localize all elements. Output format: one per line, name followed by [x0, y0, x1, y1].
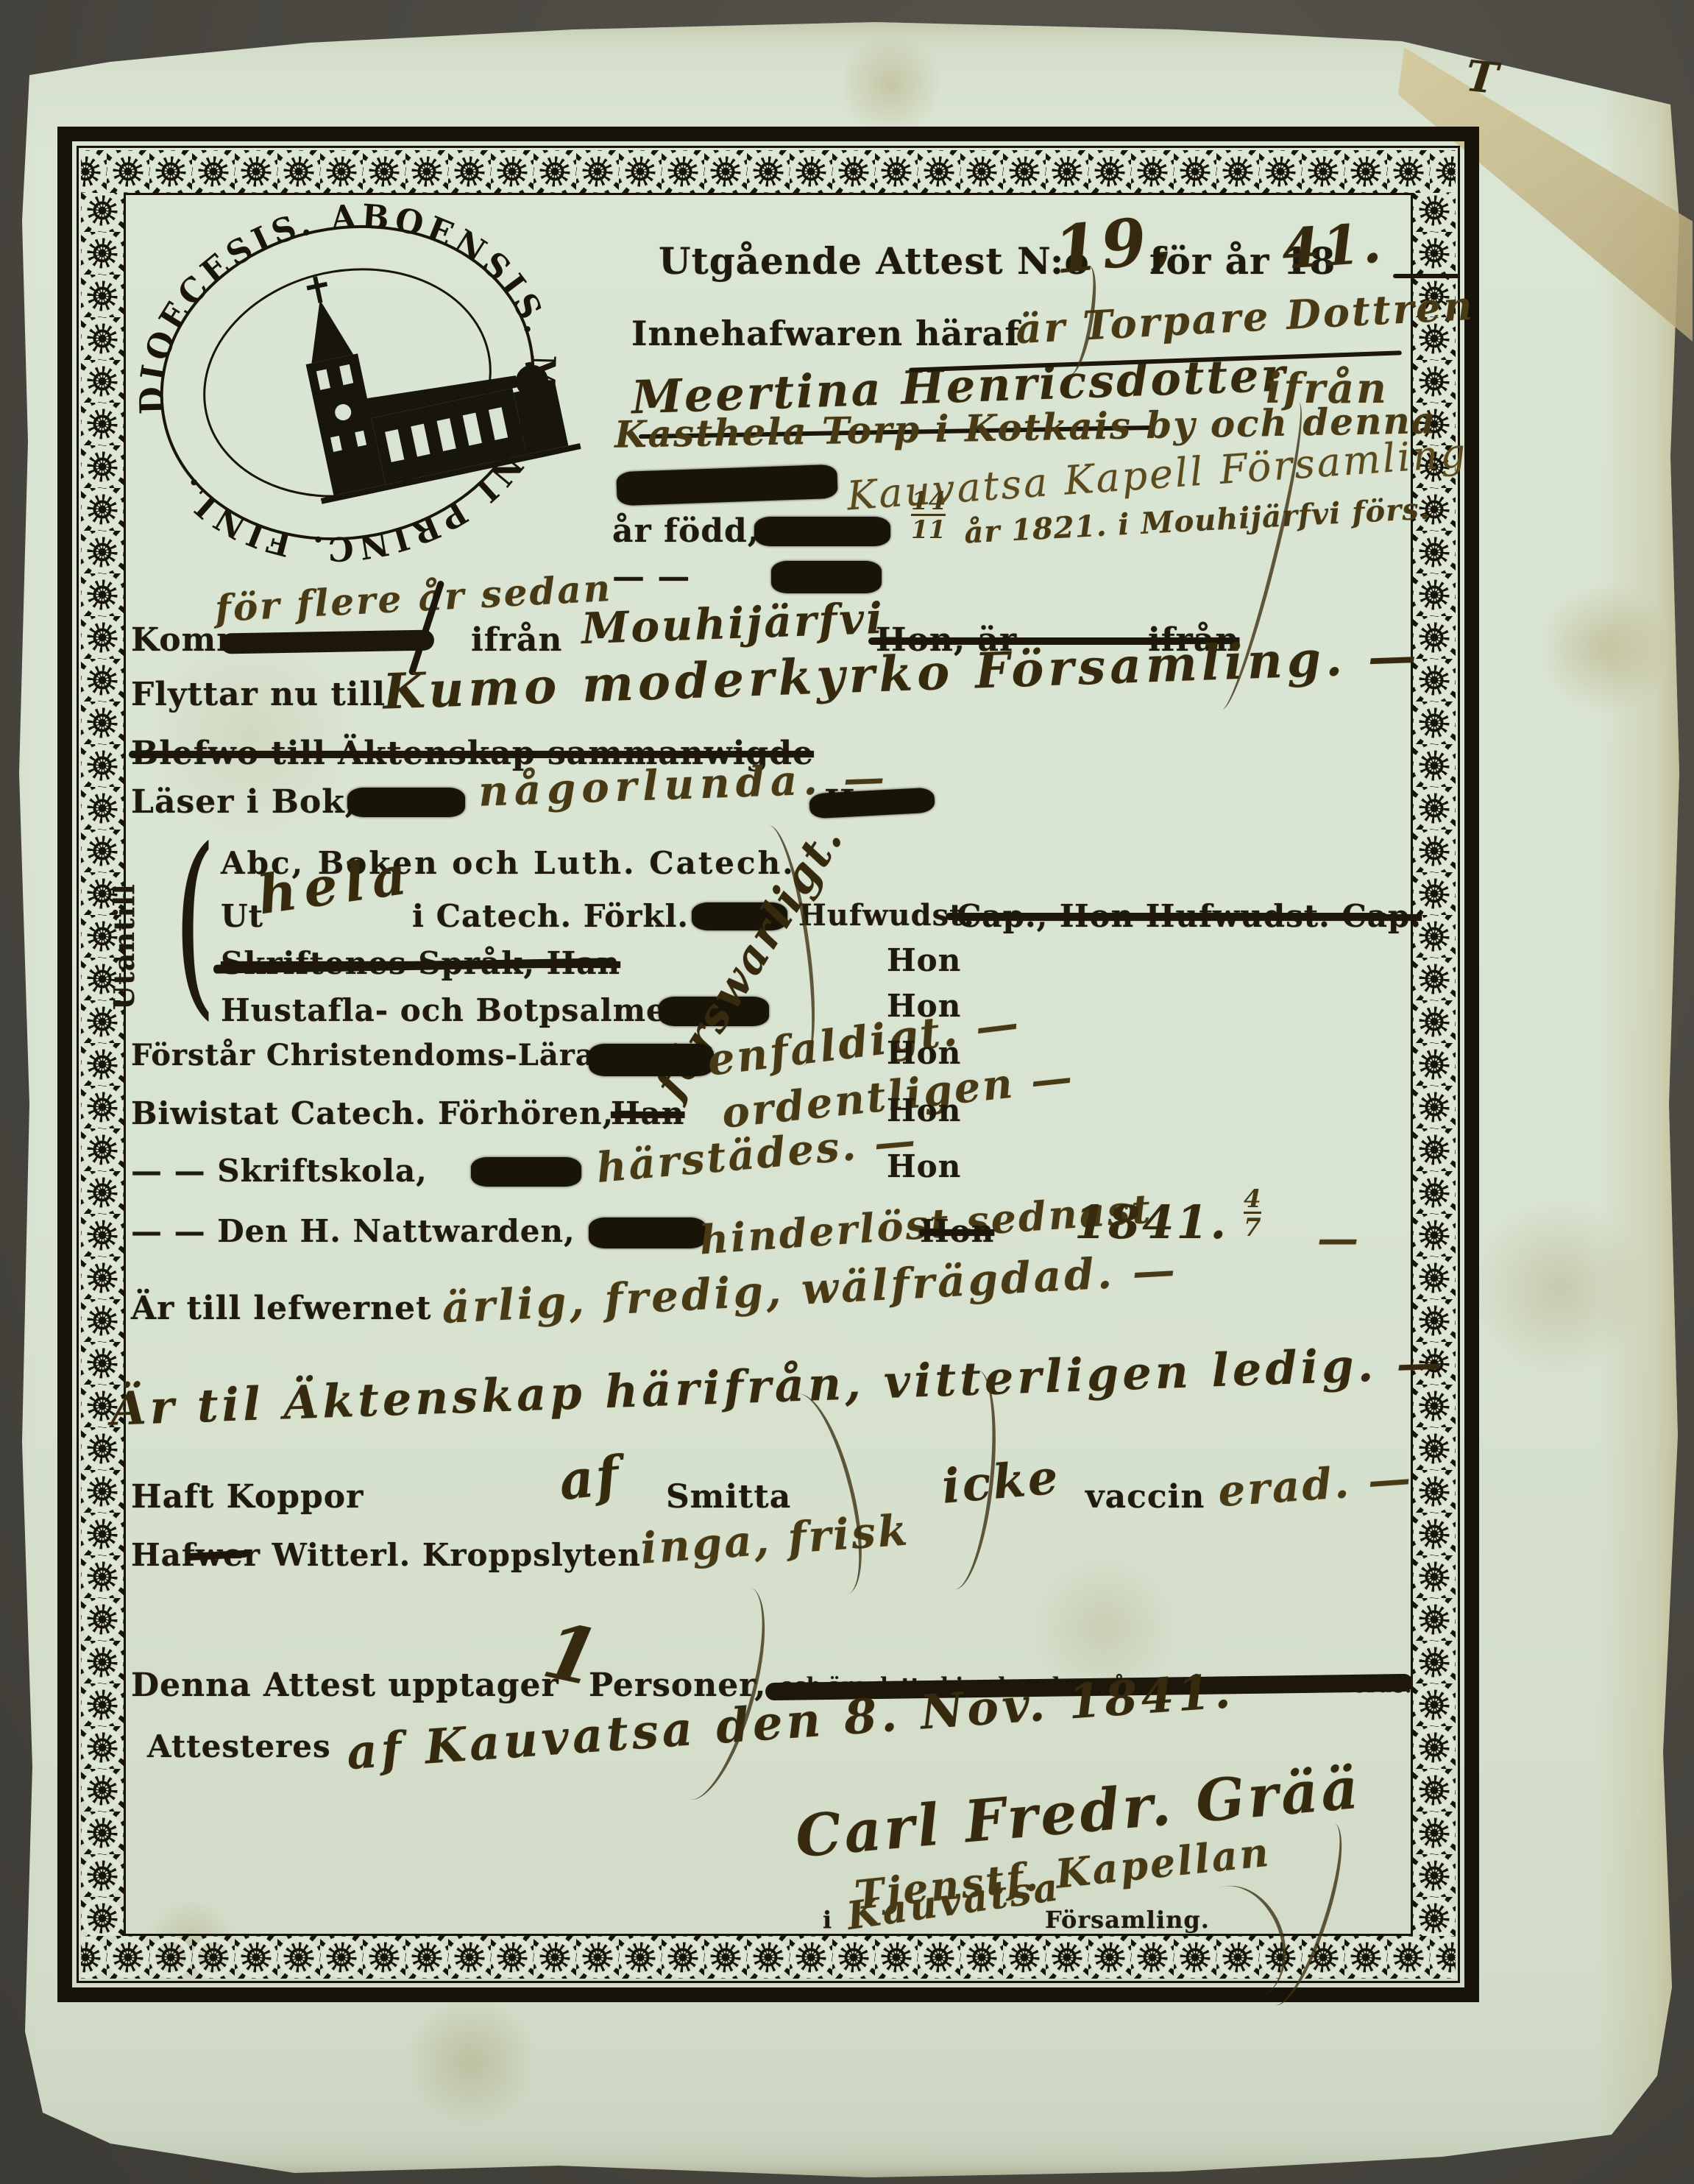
strike-bar: [946, 913, 1387, 920]
nattward-day: 4: [1244, 1187, 1261, 1212]
ifran1-label: ifrån: [471, 624, 562, 657]
ink-blot: [589, 1218, 706, 1248]
koppor-label: Haft Koppor: [131, 1481, 364, 1513]
sig-i-printed: i: [823, 1908, 832, 1932]
nattward-label: — — Den H. Nattwarden,: [131, 1216, 575, 1247]
smitta-label: Smitta: [666, 1481, 791, 1513]
utantill-brace: (: [174, 823, 216, 1022]
holder-label: Innehafwaren häraf: [631, 317, 1020, 350]
born-label: år född,: [612, 515, 759, 548]
form-dashes: — —: [612, 561, 690, 593]
birth-date-fraction: 14 11: [911, 489, 946, 543]
catech-label: i Catech. Förkl.: [412, 901, 689, 932]
strike-bar: [129, 751, 725, 758]
flyttar-label: Flyttar nu till: [131, 679, 386, 711]
ink-blot: [471, 1157, 581, 1187]
hon-struck: Hon: [920, 1216, 994, 1247]
title-dash: [1393, 274, 1459, 278]
af-hand: af: [556, 1449, 623, 1508]
vaccin-label: vaccin: [1085, 1481, 1205, 1513]
hon-column: Hon: [887, 1151, 961, 1182]
hon-column: Hon: [887, 1038, 961, 1069]
rosette-border-left: [81, 193, 124, 1936]
birth-day: 14: [911, 489, 946, 514]
biwistat-label: Biwistat Catech. Förhören,: [131, 1098, 614, 1129]
ink-blot: [589, 1044, 714, 1076]
from-place-hand: Mouhijärfvi: [581, 597, 885, 650]
scanned-certificate-page: DIOECESIS. ABOENSIS. MAGNI PRINC. FINL. …: [0, 0, 1694, 2184]
erad-hand: erad. —: [1216, 1457, 1414, 1513]
skriftskola-label: — — Skriftskola,: [131, 1156, 428, 1187]
nattward-month: 7: [1244, 1212, 1261, 1240]
ink-blot: [347, 788, 465, 817]
rosette-border-top: [81, 150, 1456, 193]
nattward-year-hand: 1841.: [1074, 1200, 1228, 1245]
ink-blot: [771, 561, 882, 593]
utantill-label: Utantill: [110, 883, 138, 1010]
nattward-date-fraction: 4 7: [1244, 1187, 1261, 1240]
birth-month: 11: [911, 514, 946, 543]
ink-blot: [754, 517, 890, 546]
forstar-label: Förstår Christendoms-Läran,: [131, 1041, 628, 1070]
corner-ink-mark: T: [1464, 54, 1502, 101]
hon-column: Hon: [887, 945, 961, 976]
nattward-dash: —: [1317, 1218, 1361, 1259]
sig-forsamling-printed: Församling.: [1045, 1908, 1210, 1932]
han-struck: Han: [611, 1098, 684, 1129]
lefwernet-label: Är till lefwernet: [131, 1293, 431, 1325]
attesteres-label: Attesteres: [147, 1731, 331, 1762]
laser-label: Läser i Bok,: [131, 786, 357, 819]
attest-title-printed: Utgående Attest N:o: [659, 243, 1090, 280]
strike-bar: [221, 629, 434, 654]
ut-label: Ut: [221, 901, 263, 932]
denna-label: Denna Attest upptager: [131, 1669, 559, 1702]
attest-year-hand: 41.: [1280, 216, 1386, 277]
hustafla-label: Hustafla- och Botpsalmer,: [221, 995, 692, 1026]
